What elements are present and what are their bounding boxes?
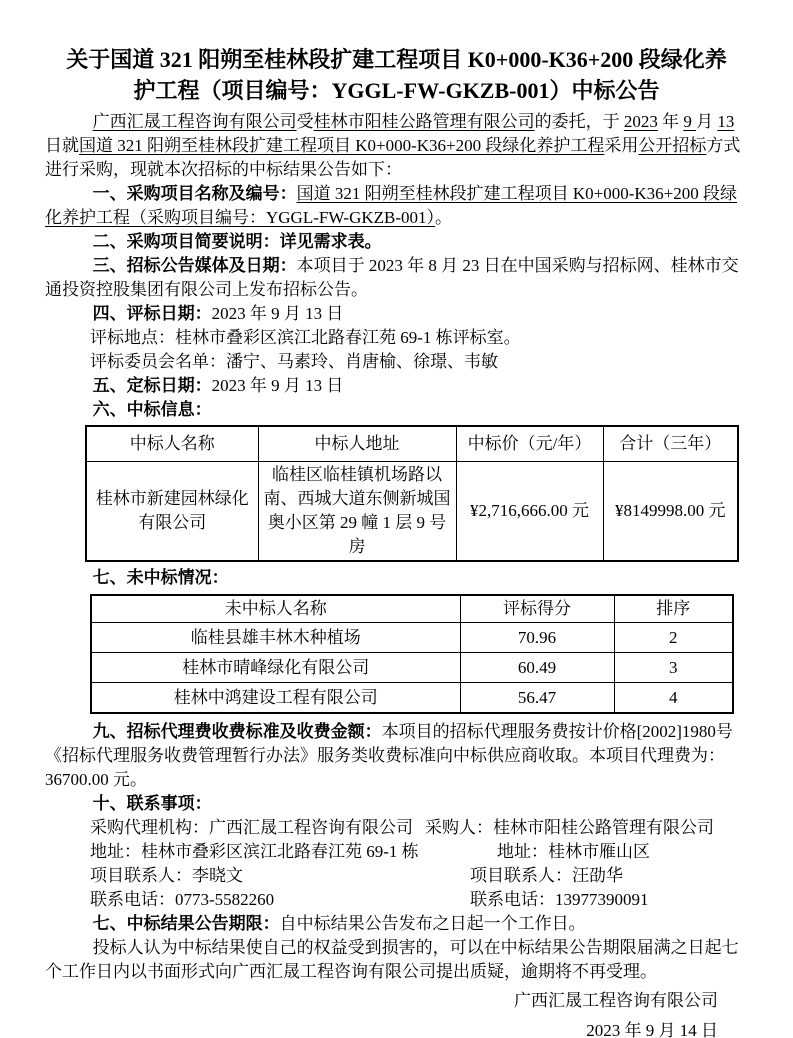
intro-text: 月	[696, 112, 717, 131]
section-4: 四、评标日期：2023 年 9 月 13 日	[45, 302, 748, 326]
intro-text: 受	[297, 112, 314, 131]
winner-table: 中标人名称 中标人地址 中标价（元/年） 合计（三年） 桂林市新建园林绿化有限公…	[85, 425, 739, 562]
table-row: 桂林市晴峰绿化有限公司 60.49 3	[91, 653, 733, 683]
section-9: 九、招标代理费收费标准及收费金额：本项目的招标代理服务费按计价格[2002]19…	[45, 720, 748, 792]
procurement-method: 公开招标	[638, 136, 706, 155]
section-7: 七、未中标情况：	[45, 566, 748, 590]
agency-contact-person: 项目联系人：李晓文	[90, 864, 470, 888]
agency-phone: 联系电话：0773-5582260	[90, 888, 470, 912]
loser-name-cell: 桂林中鸿建设工程有限公司	[91, 683, 460, 714]
intro-text: 的委托，于	[535, 112, 624, 131]
loser-score-header: 评标得分	[460, 595, 614, 623]
intro-text: 采用	[604, 136, 638, 155]
section-10-label: 十、联系事项：	[93, 794, 212, 813]
agency-address: 地址：桂林市叠彩区滨江北路春江苑 69-1 栋	[90, 840, 497, 864]
section-11: 七、中标结果公告期限：自中标结果公告发布之日起一个工作日。	[45, 912, 748, 936]
section-6: 六、中标信息：	[45, 398, 748, 422]
section-5: 五、定标日期：2023 年 9 月 13 日	[45, 374, 748, 398]
contact-row: 采购代理机构：广西汇晟工程咨询有限公司 采购人：桂林市阳桂公路管理有限公司	[45, 816, 748, 840]
winner-table-header-row: 中标人名称 中标人地址 中标价（元/年） 合计（三年）	[86, 426, 738, 462]
loser-score-cell: 70.96	[460, 623, 614, 653]
contact-row: 联系电话：0773-5582260 联系电话：13977390091	[45, 888, 748, 912]
loser-score-cell: 56.47	[460, 683, 614, 714]
winner-name-cell: 桂林市新建园林绿化有限公司	[86, 462, 258, 562]
section-11-text: 自中标结果公告发布之日起一个工作日。	[280, 914, 586, 933]
signoff-date: 2023 年 9 月 14 日	[45, 1017, 748, 1038]
section-4-label: 四、评标日期：	[93, 304, 212, 323]
section-9-label: 九、招标代理费收费标准及收费金额：	[93, 722, 382, 741]
winner-address-header: 中标人地址	[258, 426, 456, 462]
table-row: 桂林中鸿建设工程有限公司 56.47 4	[91, 683, 733, 714]
losers-table-header-row: 未中标人名称 评标得分 排序	[91, 595, 733, 623]
month-value: 9	[683, 112, 696, 131]
winner-price-header: 中标价（元/年）	[456, 426, 603, 462]
loser-name-cell: 临桂县雄丰林木种植场	[91, 623, 460, 653]
page-title-line2: 护工程（项目编号：YGGL-FW-GKZB-001）中标公告	[134, 78, 660, 103]
year-value: 2023	[624, 112, 658, 131]
page-title-line1: 关于国道 321 阳朔至桂林段扩建工程项目 K0+000-K36+200 段绿化…	[66, 47, 727, 72]
winner-name-header: 中标人名称	[86, 426, 258, 462]
loser-rank-header: 排序	[614, 595, 733, 623]
section-2: 二、采购项目简要说明：详见需求表。	[45, 230, 748, 254]
loser-rank-cell: 2	[614, 623, 733, 653]
section-1-tail: 。	[435, 208, 452, 227]
loser-score-cell: 60.49	[460, 653, 614, 683]
section-5-label: 五、定标日期：	[93, 376, 212, 395]
appeal-paragraph: 投标人认为中标结果使自己的权益受到损害的，可以在中标结果公告期限届满之日起七个工…	[45, 936, 748, 984]
evaluation-venue: 评标地点：桂林市叠彩区滨江北路春江苑 69-1 栋评标室。	[45, 326, 748, 350]
purchaser-address: 地址：桂林市雁山区	[497, 840, 650, 864]
intro-text: 年	[658, 112, 684, 131]
agency-name: 广西汇晟工程咨询有限公司	[93, 112, 297, 131]
winner-address-cell: 临桂区临桂镇机场路以南、西城大道东侧新城国奥小区第 29 幢 1 层 9 号房	[258, 462, 456, 562]
loser-rank-cell: 4	[614, 683, 733, 714]
section-1: 一、采购项目名称及编号：国道 321 阳朔至桂林段扩建工程项目 K0+000-K…	[45, 182, 748, 230]
section-3: 三、招标公告媒体及日期：本项目于 2023 年 8 月 23 日在中国采购与招标…	[45, 254, 748, 302]
winner-total-cell: ¥8149998.00 元	[603, 462, 738, 562]
day-value: 13	[717, 112, 734, 131]
purchaser-phone: 联系电话：13977390091	[470, 888, 649, 912]
purchaser-name: 桂林市阳桂公路管理有限公司	[314, 112, 535, 131]
contact-row: 地址：桂林市叠彩区滨江北路春江苑 69-1 栋 地址：桂林市雁山区	[45, 840, 748, 864]
purchaser-contact: 采购人：桂林市阳桂公路管理有限公司	[425, 816, 714, 840]
evaluation-committee: 评标委员会名单：潘宁、马素玲、肖唐榆、徐璟、韦敏	[45, 350, 748, 374]
purchaser-contact-person: 项目联系人：汪劭华	[470, 864, 623, 888]
loser-name-cell: 桂林市晴峰绿化有限公司	[91, 653, 460, 683]
section-1-label: 一、采购项目名称及编号：	[93, 184, 297, 203]
table-row: 临桂县雄丰林木种植场 70.96 2	[91, 623, 733, 653]
losers-table: 未中标人名称 评标得分 排序 临桂县雄丰林木种植场 70.96 2 桂林市晴峰绿…	[90, 594, 734, 714]
signoff-company: 广西汇晟工程咨询有限公司	[45, 987, 748, 1014]
section-4-text: 2023 年 9 月 13 日	[212, 304, 344, 323]
winner-total-header: 合计（三年）	[603, 426, 738, 462]
document-page: 关于国道 321 阳朔至桂林段扩建工程项目 K0+000-K36+200 段绿化…	[0, 0, 793, 1038]
intro-paragraph: 广西汇晟工程咨询有限公司受桂林市阳桂公路管理有限公司的委托，于 2023 年 9…	[45, 110, 748, 182]
loser-rank-cell: 3	[614, 653, 733, 683]
section-5-text: 2023 年 9 月 13 日	[212, 376, 344, 395]
loser-name-header: 未中标人名称	[91, 595, 460, 623]
section-7-label: 七、未中标情况：	[93, 568, 229, 587]
winner-price-cell: ¥2,716,666.00 元	[456, 462, 603, 562]
section-11-label: 七、中标结果公告期限：	[93, 914, 280, 933]
page-title: 关于国道 321 阳朔至桂林段扩建工程项目 K0+000-K36+200 段绿化…	[45, 44, 748, 106]
section-3-label: 三、招标公告媒体及日期：	[93, 256, 297, 275]
project-name: 国道 321 阳朔至桂林段扩建工程项目 K0+000-K36+200 段绿化养护…	[79, 136, 604, 155]
winner-table-row: 桂林市新建园林绿化有限公司 临桂区临桂镇机场路以南、西城大道东侧新城国奥小区第 …	[86, 462, 738, 562]
section-2-label: 二、采购项目简要说明：详见需求表。	[93, 232, 382, 251]
section-10: 十、联系事项：	[45, 792, 748, 816]
section-6-label: 六、中标信息：	[93, 400, 212, 419]
agency-contact: 采购代理机构：广西汇晟工程咨询有限公司	[90, 816, 425, 840]
contact-row: 项目联系人：李晓文 项目联系人：汪劭华	[45, 864, 748, 888]
intro-text: 日就	[45, 136, 79, 155]
